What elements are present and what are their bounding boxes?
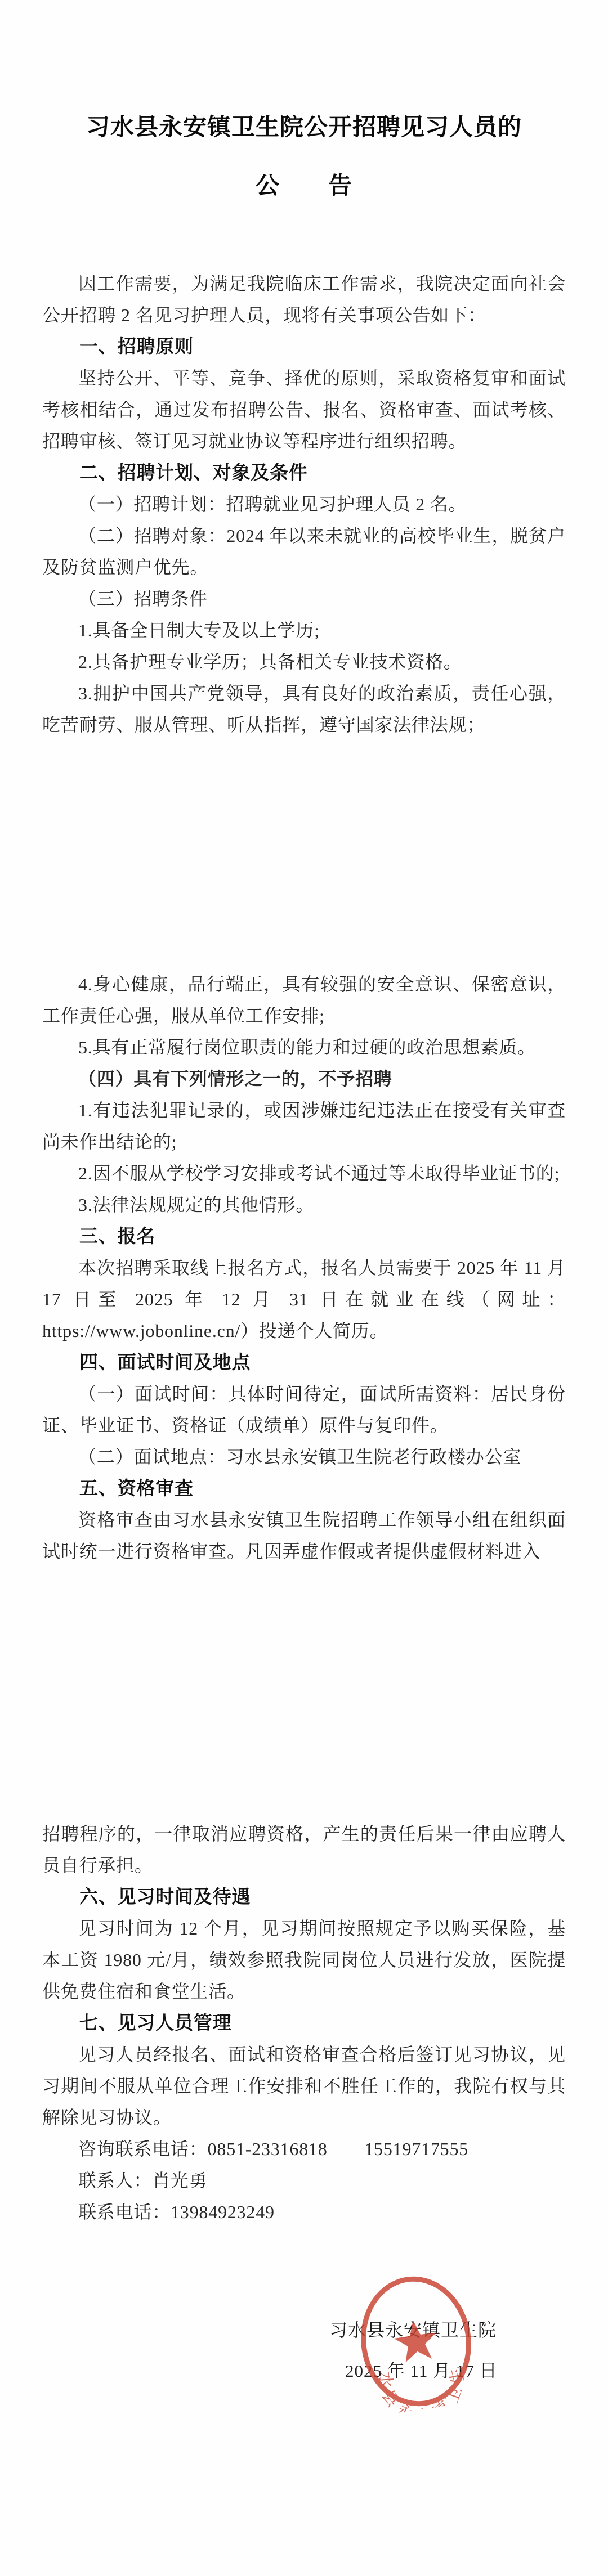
item-recruit-target: （二）招聘对象：2024 年以来未就业的高校毕业生，脱贫户及防贫监测户优先。: [42, 520, 566, 583]
item-recruit-plan: （一）招聘计划：招聘就业见习护理人员 2 名。: [42, 488, 566, 520]
page1-body: 因工作需要，为满足我院临床工作需求，我院决定面向社会公开招聘 2 名见习护理人员…: [42, 268, 566, 741]
heading-plan-target-criteria: 二、招聘计划、对象及条件: [42, 457, 566, 488]
contact-phone-line: 联系电话：13984923249: [42, 2196, 566, 2228]
document-title-line1: 习水县永安镇卫生院公开招聘见习人员的: [0, 114, 608, 142]
heading-recruit-principles: 一、招聘原则: [42, 331, 566, 362]
condition-1: 1.具备全日制大专及以上学历;: [42, 614, 566, 646]
page2-body: 4.身心健康，品行端正，具有较强的安全意识、保密意识，工作责任心强，服从单位工作…: [42, 968, 566, 1567]
official-seal: 习水县永安镇卫生院: [349, 2266, 483, 2417]
document-title-line2: 公 告: [0, 172, 608, 200]
disqualify-1: 1.有违法犯罪记录的，或因涉嫌违纪违法正在接受有关审查尚未作出结论的;: [42, 1094, 566, 1157]
qualification-paragraph: 资格审查由习水县永安镇卫生院招聘工作领导小组在组织面试时统一进行资格审查。凡因弄…: [42, 1504, 566, 1567]
condition-2: 2.具备护理专业学历；具备相关专业技术资格。: [42, 646, 566, 677]
registration-paragraph: 本次招聘采取线上报名方式，报名人员需要于 2025 年 11 月 17 日至 2…: [42, 1252, 566, 1347]
consult-phone-line: 咨询联系电话：0851-23316818 15519717555: [42, 2133, 566, 2165]
heading-qualification-review: 五、资格审查: [42, 1473, 566, 1504]
condition-5: 5.具有正常履行岗位职责的能力和过硬的政治思想素质。: [42, 1031, 566, 1063]
disqualify-2: 2.因不服从学校学习安排或考试不通过等未取得毕业证书的;: [42, 1157, 566, 1189]
intro-paragraph: 因工作需要，为满足我院临床工作需求，我院决定面向社会公开招聘 2 名见习护理人员…: [42, 268, 566, 331]
internship-period-paragraph: 见习时间为 12 个月，见习期间按照规定予以购买保险，基本工资 1980 元/月…: [42, 1913, 566, 2007]
star-icon: [392, 2317, 440, 2363]
heading-registration: 三、报名: [42, 1220, 566, 1252]
announcement-document: 习水县永安镇卫生院公开招聘见习人员的 公 告 因工作需要，为满足我院临床工作需求…: [0, 0, 608, 2576]
interview-place: （二）面试地点：习水县永安镇卫生院老行政楼办公室: [42, 1441, 566, 1473]
disqualify-3: 3.法律法规规定的其他情形。: [42, 1189, 566, 1220]
condition-3: 3.拥护中国共产党领导，具有良好的政治素质，责任心强，吃苦耐劳、服从管理、听从指…: [42, 677, 566, 741]
heading-personnel-mgmt: 七、见习人员管理: [42, 2007, 566, 2039]
heading-interview: 四、面试时间及地点: [42, 1347, 566, 1378]
heading-internship-period: 六、见习时间及待遇: [42, 1881, 566, 1913]
condition-4: 4.身心健康，品行端正，具有较强的安全意识、保密意识，工作责任心强，服从单位工作…: [42, 968, 566, 1031]
page3-body: 招聘程序的，一律取消应聘资格，产生的责任后果一律由应聘人员自行承担。 六、见习时…: [42, 1818, 566, 2228]
principles-paragraph: 坚持公开、平等、竞争、择优的原则，采取资格复审和面试考核相结合，通过发布招聘公告…: [42, 362, 566, 457]
qualification-continuation: 招聘程序的，一律取消应聘资格，产生的责任后果一律由应聘人员自行承担。: [42, 1818, 566, 1881]
item-recruit-conditions: （三）招聘条件: [42, 583, 566, 614]
interview-time: （一）面试时间：具体时间待定，面试所需资料：居民身份证、毕业证书、资格证（成绩单…: [42, 1378, 566, 1441]
contact-person-line: 联系人：肖光勇: [42, 2165, 566, 2196]
item-disqualify-title: （四）具有下列情形之一的，不予招聘: [42, 1063, 566, 1094]
personnel-mgmt-paragraph: 见习人员经报名、面试和资格审查合格后签订见习协议，见习期间不服从单位合理工作安排…: [42, 2039, 566, 2133]
